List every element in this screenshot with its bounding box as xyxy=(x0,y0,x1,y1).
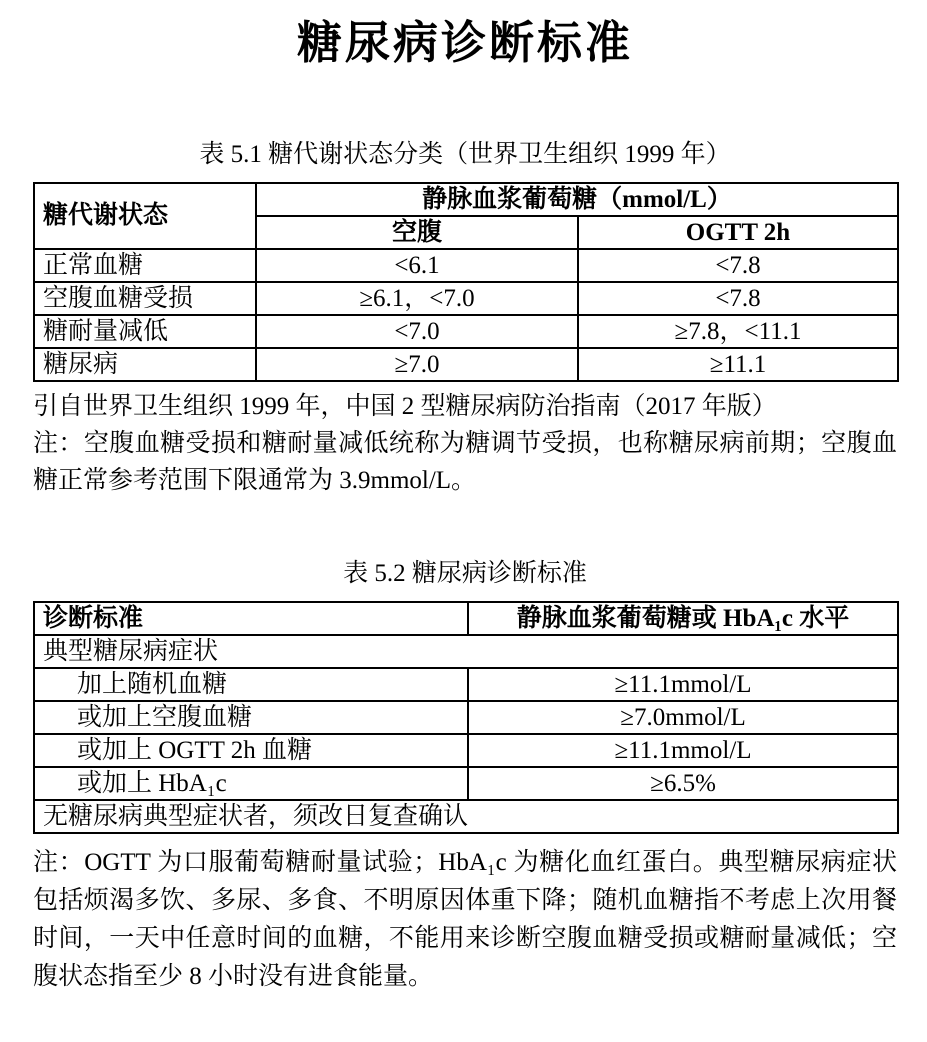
table-row: 糖尿病 ≥7.0 ≥11.1 xyxy=(34,348,898,381)
table1-notes: 引自世界卫生组织 1999 年，中国 2 型糖尿病防治指南（2017 年版） 注… xyxy=(33,388,897,499)
criterion-cell: 典型糖尿病症状 xyxy=(34,635,898,668)
table2-value-header: 静脉血浆葡萄糖或 HbA₁c 水平 xyxy=(468,602,898,635)
table1-fasting-subheader: 空腹 xyxy=(256,216,578,249)
table-row: 加上随机血糖 ≥11.1mmol/L xyxy=(34,668,898,701)
table-row: 典型糖尿病症状 xyxy=(34,635,898,668)
table2-criterion-header: 诊断标准 xyxy=(34,602,468,635)
value-cell: ≥6.5% xyxy=(468,767,898,800)
table1-header-row-1: 糖代谢状态 静脉血浆葡萄糖（mmol/L） xyxy=(34,183,898,216)
state-cell: 糖尿病 xyxy=(34,348,256,381)
criterion-cell: 无糖尿病典型症状者，须改日复查确认 xyxy=(34,800,898,833)
table2-diagnosis-criteria: 诊断标准 静脉血浆葡萄糖或 HbA₁c 水平 典型糖尿病症状 加上随机血糖 ≥1… xyxy=(33,601,899,834)
criterion-cell: 或加上 HbA₁c xyxy=(34,767,468,800)
ogtt-value-cell: <7.8 xyxy=(578,282,898,315)
ogtt-value-cell: ≥11.1 xyxy=(578,348,898,381)
table1-state-header: 糖代谢状态 xyxy=(34,183,256,249)
state-cell: 糖耐量减低 xyxy=(34,315,256,348)
table-row: 或加上空腹血糖 ≥7.0mmol/L xyxy=(34,701,898,734)
document-page: 糖尿病诊断标准 表 5.1 糖代谢状态分类（世界卫生组织 1999 年） 糖代谢… xyxy=(0,0,927,996)
table-row: 正常血糖 <6.1 <7.8 xyxy=(34,249,898,282)
fasting-value-cell: ≥6.1，<7.0 xyxy=(256,282,578,315)
criterion-cell: 加上随机血糖 xyxy=(34,668,468,701)
table-row: 糖耐量减低 <7.0 ≥7.8，<11.1 xyxy=(34,315,898,348)
table-row: 空腹血糖受损 ≥6.1，<7.0 <7.8 xyxy=(34,282,898,315)
table2-note: 注：OGTT 为口服葡萄糖耐量试验；HbA₁c 为糖化血红蛋白。典型糖尿病症状包… xyxy=(33,844,897,996)
table-row: 或加上 HbA₁c ≥6.5% xyxy=(34,767,898,800)
fasting-value-cell: ≥7.0 xyxy=(256,348,578,381)
table-row: 无糖尿病典型症状者，须改日复查确认 xyxy=(34,800,898,833)
ogtt-value-cell: ≥7.8，<11.1 xyxy=(578,315,898,348)
criterion-cell: 或加上空腹血糖 xyxy=(34,701,468,734)
table2-header-row: 诊断标准 静脉血浆葡萄糖或 HbA₁c 水平 xyxy=(34,602,898,635)
fasting-value-cell: <7.0 xyxy=(256,315,578,348)
table1-glucose-group-header: 静脉血浆葡萄糖（mmol/L） xyxy=(256,183,898,216)
table1-note: 注：空腹血糖受损和糖耐量减低统称为糖调节受损，也称糖尿病前期；空腹血糖正常参考范… xyxy=(33,425,897,499)
fasting-value-cell: <6.1 xyxy=(256,249,578,282)
table1-glucose-metabolism: 糖代谢状态 静脉血浆葡萄糖（mmol/L） 空腹 OGTT 2h 正常血糖 <6… xyxy=(33,182,899,382)
table2-notes: 注：OGTT 为口服葡萄糖耐量试验；HbA₁c 为糖化血红蛋白。典型糖尿病症状包… xyxy=(33,844,897,996)
value-cell: ≥11.1mmol/L xyxy=(468,734,898,767)
table1-ogtt-subheader: OGTT 2h xyxy=(578,216,898,249)
state-cell: 空腹血糖受损 xyxy=(34,282,256,315)
value-cell: ≥7.0mmol/L xyxy=(468,701,898,734)
value-cell: ≥11.1mmol/L xyxy=(468,668,898,701)
page-title: 糖尿病诊断标准 xyxy=(33,16,897,70)
table2-caption: 表 5.2 糖尿病诊断标准 xyxy=(33,559,897,589)
table1-source-note: 引自世界卫生组织 1999 年，中国 2 型糖尿病防治指南（2017 年版） xyxy=(33,388,897,425)
ogtt-value-cell: <7.8 xyxy=(578,249,898,282)
state-cell: 正常血糖 xyxy=(34,249,256,282)
criterion-cell: 或加上 OGTT 2h 血糖 xyxy=(34,734,468,767)
table-row: 或加上 OGTT 2h 血糖 ≥11.1mmol/L xyxy=(34,734,898,767)
table1-caption: 表 5.1 糖代谢状态分类（世界卫生组织 1999 年） xyxy=(33,140,897,170)
